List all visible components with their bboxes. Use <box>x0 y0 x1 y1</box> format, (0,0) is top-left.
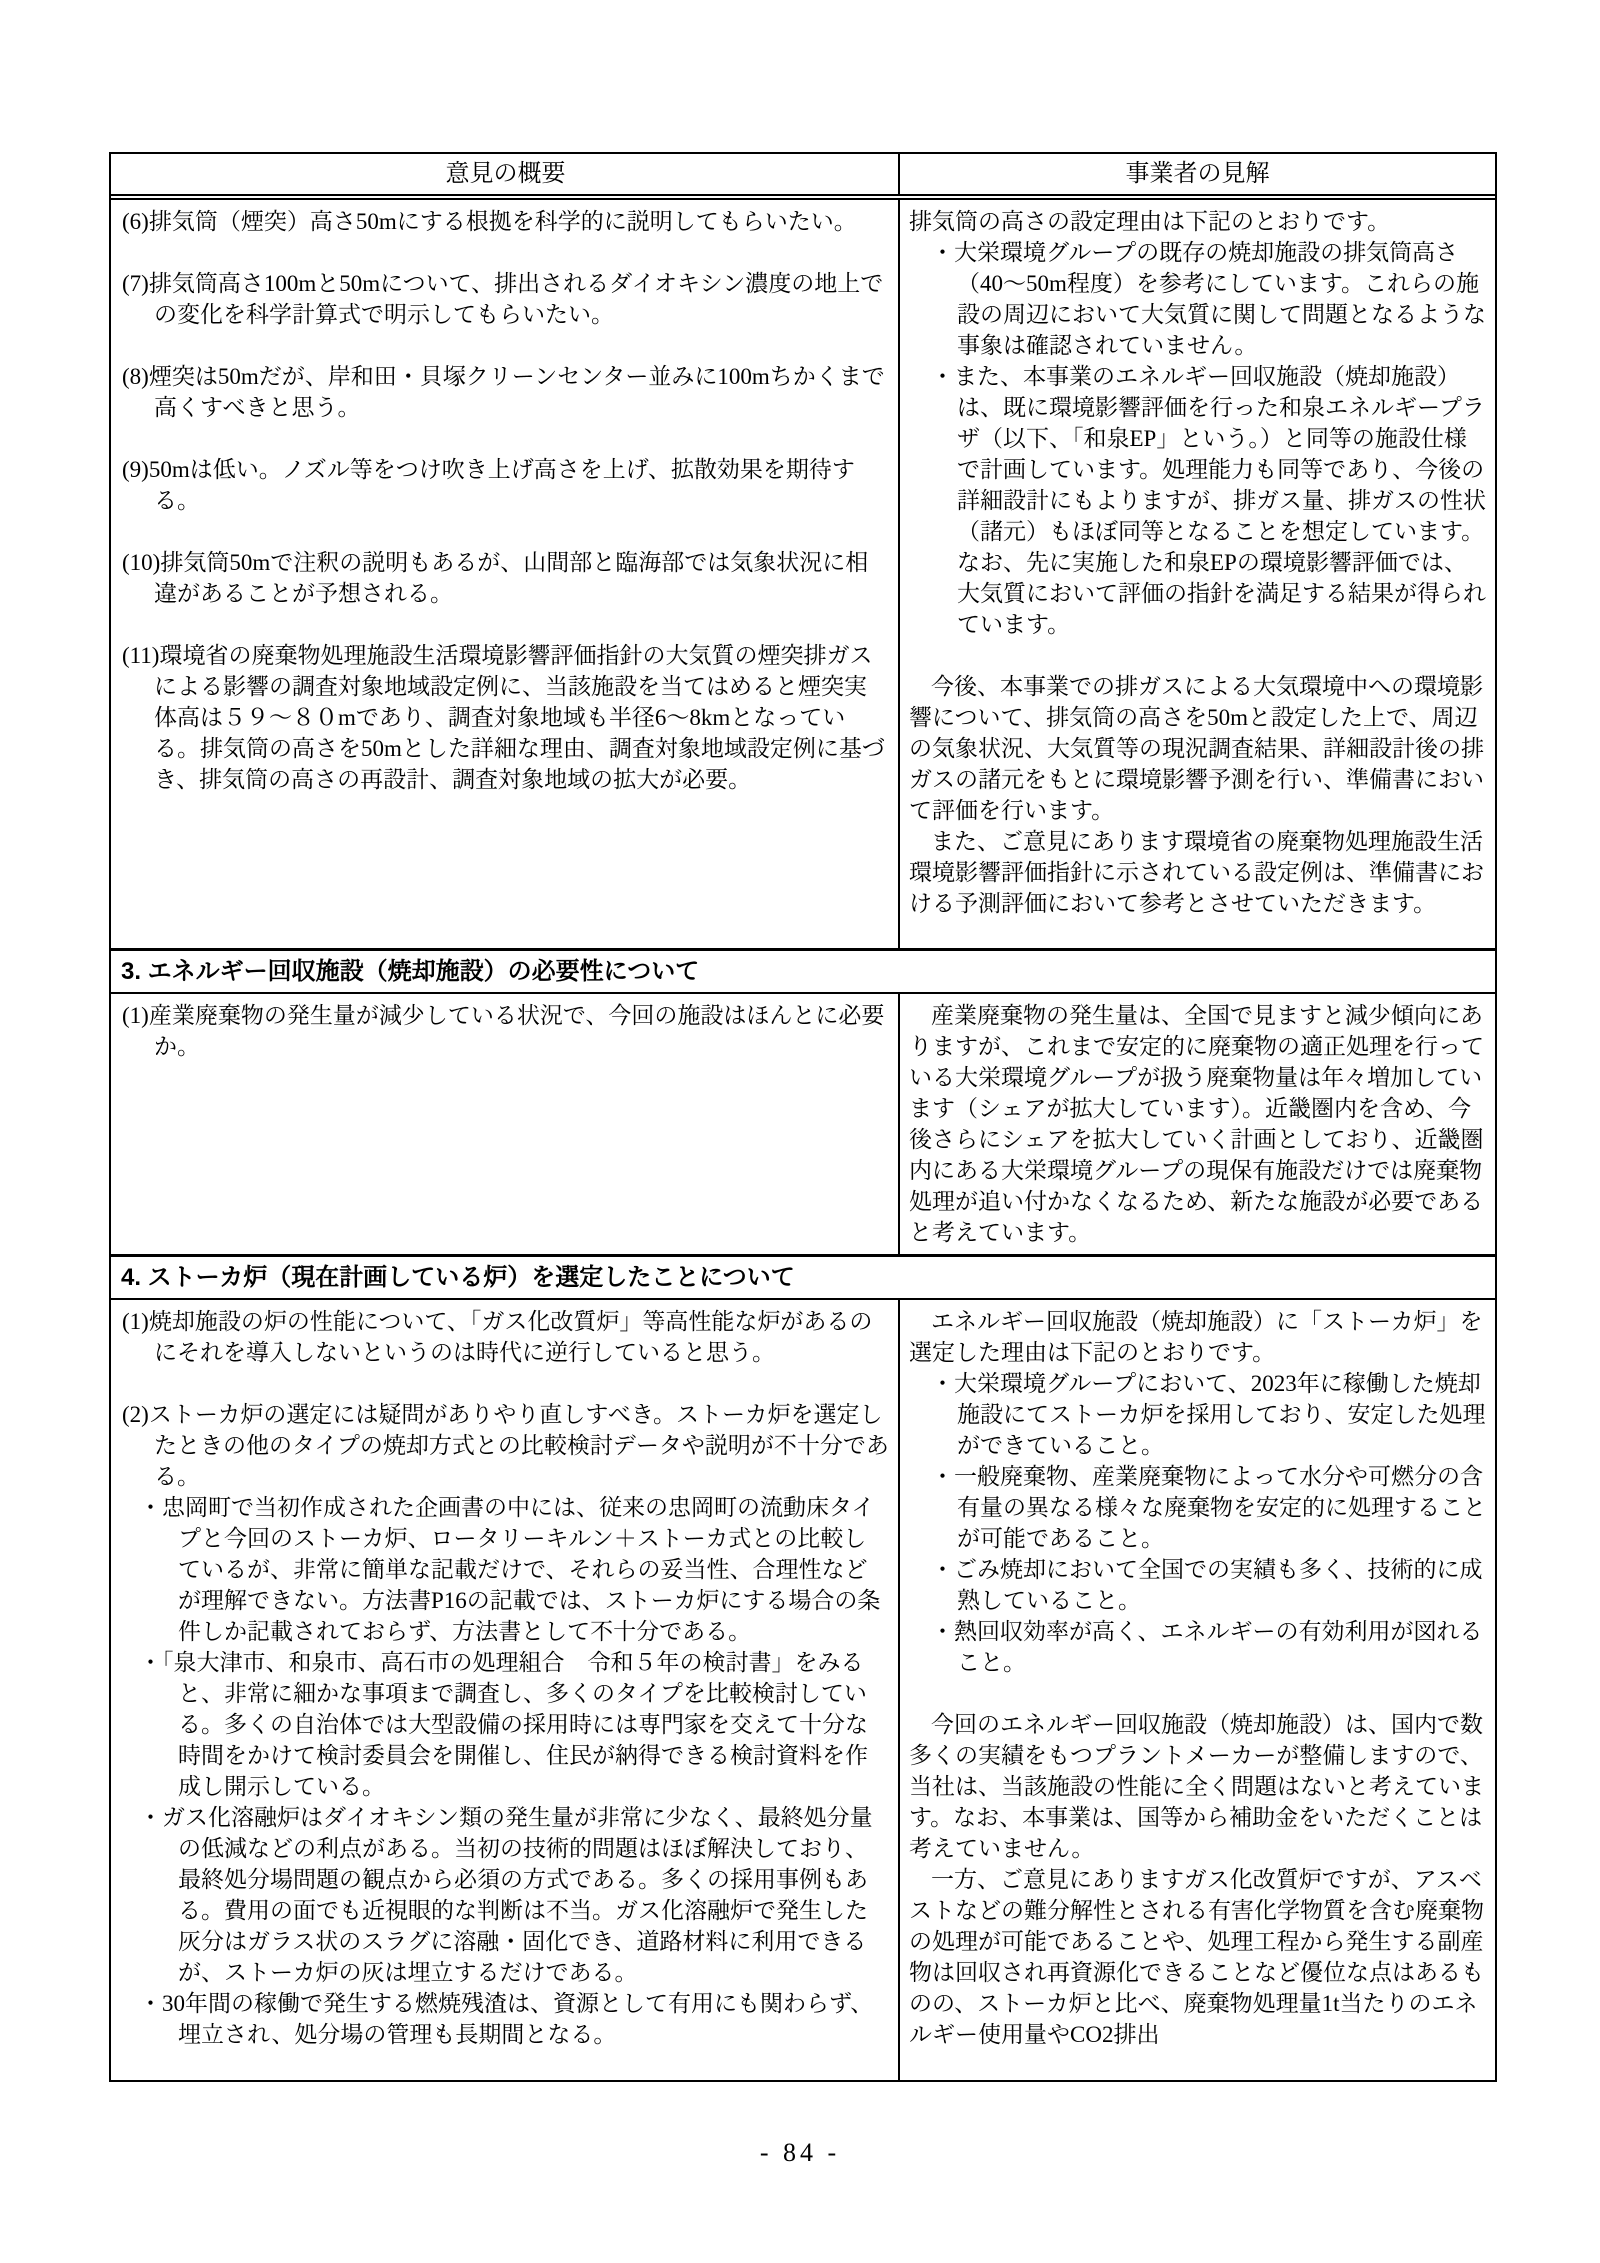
table-row-stack-height: (6)排気筒（煙突）高さ50mにする根拠を科学的に説明してもらいたい。 (7)排… <box>111 200 1495 948</box>
opinion-bullet: ・30年間の稼働で発生する燃焼残渣は、資源として有用にも関わらず、埋立され、処分… <box>122 1988 889 2050</box>
response-paragraph: 今後、本事業での排ガスによる大気環境中への環境影響について、排気筒の高さを50m… <box>909 671 1486 826</box>
section-title-3: 3. エネルギー回収施設（焼却施設）の必要性について <box>111 948 1495 994</box>
response-cell: エネルギー回収施設（焼却施設）に「ストーカ炉」を選定した理由は下記のとおりです。… <box>900 1300 1495 2080</box>
opinion-item-10: (10)排気筒50mで注釈の説明もあるが、山間部と臨海部では気象状況に相違がある… <box>122 547 889 609</box>
response-paragraph: 産業廃棄物の発生量は、全国で見ますと減少傾向にありますが、これまで安定的に廃棄物… <box>909 1000 1486 1248</box>
opinion-item-9: (9)50mは低い。ノズル等をつけ吹き上げ高さを上げ、拡散効果を期待する。 <box>122 454 889 516</box>
opinion-cell: (1)焼却施設の炉の性能について、「ガス化改質炉」等高性能な炉があるのにそれを導… <box>111 1300 900 2080</box>
response-paragraph: また、ご意見にあります環境省の廃棄物処理施設生活環境影響評価指針に示されている設… <box>909 826 1486 919</box>
response-bullet: ・大栄環境グループにおいて、2023年に稼働した焼却施設にてストーカ炉を採用して… <box>909 1368 1486 1461</box>
response-bullet: ・熱回収効率が高く、エネルギーの有効利用が図れること。 <box>909 1616 1486 1678</box>
response-bullet: ・一般廃棄物、産業廃棄物によって水分や可燃分の含有量の異なる様々な廃棄物を安定的… <box>909 1461 1486 1554</box>
document-page: { "page": { "footer": "- 84 -" }, "table… <box>0 0 1600 2263</box>
response-paragraph: 一方、ご意見にありますガス化改質炉ですが、アスベストなどの難分解性とされる有害化… <box>909 1864 1486 2050</box>
opinion-item-11: (11)環境省の廃棄物処理施設生活環境影響評価指針の大気質の煙突排ガスによる影響… <box>122 640 889 795</box>
page-number: - 84 - <box>0 2138 1600 2168</box>
opinion-item-8: (8)煙突は50mだが、岸和田・貝塚クリーンセンター並みに100mちかくまで高く… <box>122 361 889 423</box>
response-bullet: ・また、本事業のエネルギー回収施設（焼却施設）は、既に環境影響評価を行った和泉エ… <box>909 361 1486 640</box>
table-row-necessity: (1)産業廃棄物の発生量が減少している状況で、今回の施設はほんとに必要か。 産業… <box>111 994 1495 1254</box>
opinion-item-1: (1)焼却施設の炉の性能について、「ガス化改質炉」等高性能な炉があるのにそれを導… <box>122 1306 889 1368</box>
response-bullet: ・ごみ焼却において全国での実績も多く、技術的に成熟していること。 <box>909 1554 1486 1616</box>
response-cell: 排気筒の高さの設定理由は下記のとおりです。 ・大栄環境グループの既存の焼却施設の… <box>900 200 1495 948</box>
section-title-4: 4. ストーカ炉（現在計画している炉）を選定したことについて <box>111 1254 1495 1300</box>
opinion-item-6: (6)排気筒（煙突）高さ50mにする根拠を科学的に説明してもらいたい。 <box>122 206 889 237</box>
header-opinion-summary: 意見の概要 <box>111 154 900 194</box>
opinion-item-7: (7)排気筒高さ100mと50mについて、排出されるダイオキシン濃度の地上での変… <box>122 268 889 330</box>
opinion-bullet: ・「泉大津市、和泉市、高石市の処理組合 令和５年の検討書」をみると、非常に細かな… <box>122 1647 889 1802</box>
opinion-bullet: ・忠岡町で当初作成された企画書の中には、従来の忠岡町の流動床タイプと今回のストー… <box>122 1492 889 1647</box>
response-intro: 排気筒の高さの設定理由は下記のとおりです。 <box>909 206 1486 237</box>
opinion-cell: (1)産業廃棄物の発生量が減少している状況で、今回の施設はほんとに必要か。 <box>111 994 900 1254</box>
opinion-item-1: (1)産業廃棄物の発生量が減少している状況で、今回の施設はほんとに必要か。 <box>122 1000 889 1062</box>
comments-table: 意見の概要 事業者の見解 (6)排気筒（煙突）高さ50mにする根拠を科学的に説明… <box>109 152 1497 2082</box>
opinion-bullet: ・ガス化溶融炉はダイオキシン類の発生量が非常に少なく、最終処分量の低減などの利点… <box>122 1802 889 1988</box>
opinion-item-2: (2)ストーカ炉の選定には疑問がありやり直しすべき。ストーカ炉を選定したときの他… <box>122 1399 889 1492</box>
response-paragraph: 今回のエネルギー回収施設（焼却施設）は、国内で数多くの実績をもつプラントメーカー… <box>909 1709 1486 1864</box>
response-cell: 産業廃棄物の発生量は、全国で見ますと減少傾向にありますが、これまで安定的に廃棄物… <box>900 994 1495 1254</box>
response-bullet: ・大栄環境グループの既存の焼却施設の排気筒高さ（40～50m程度）を参考にしてい… <box>909 237 1486 361</box>
response-intro: エネルギー回収施設（焼却施設）に「ストーカ炉」を選定した理由は下記のとおりです。 <box>909 1306 1486 1368</box>
table-header-row: 意見の概要 事業者の見解 <box>111 154 1495 200</box>
header-operator-view: 事業者の見解 <box>900 154 1495 194</box>
table-row-stoker-furnace: (1)焼却施設の炉の性能について、「ガス化改質炉」等高性能な炉があるのにそれを導… <box>111 1300 1495 2080</box>
opinion-cell: (6)排気筒（煙突）高さ50mにする根拠を科学的に説明してもらいたい。 (7)排… <box>111 200 900 948</box>
